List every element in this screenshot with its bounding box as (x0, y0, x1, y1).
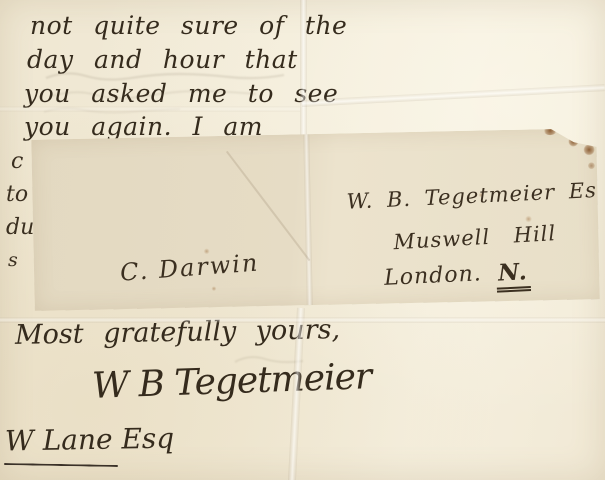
foxing-spot (211, 286, 216, 291)
obscured-line-start: c (11, 150, 23, 174)
fold-crease-horizontal-left (0, 106, 300, 112)
letter-signature: W B Tegetmeier (91, 357, 371, 406)
card-diagonal-crease (226, 151, 310, 261)
postal-district-label: N. (496, 258, 531, 293)
singe-mark (583, 144, 594, 155)
letter-sheet: not quite sure of the day and hour that … (0, 0, 605, 480)
autograph-card: C. Darwin W. B. Tegetmeier Esq Muswell H… (31, 128, 599, 311)
fold-crease-vertical-top (300, 0, 307, 142)
card-address-line-2: Muswell Hill (393, 222, 557, 254)
fold-crease-horizontal-right (302, 84, 605, 107)
card-address-line-3: London. (384, 262, 483, 291)
handwriting-line: you asked me to see (24, 80, 338, 108)
card-fold-crease (303, 134, 313, 305)
card-signature: C. Darwin (119, 250, 260, 287)
singe-mark (568, 136, 578, 146)
letter-docket: W Lane Esq (5, 424, 175, 458)
obscured-line-start: s (8, 250, 18, 271)
handwriting-line: day and hour that (27, 46, 298, 74)
postal-district: N. (496, 259, 531, 287)
obscured-line-start: du (6, 216, 34, 240)
docket-underline (4, 463, 118, 467)
fold-crease-below-card (0, 317, 605, 323)
card-address-line-1: W. B. Tegetmeier Esq (346, 178, 605, 214)
singe-mark (543, 126, 557, 135)
singe-mark (588, 162, 595, 169)
obscured-line-start: to (6, 183, 28, 207)
